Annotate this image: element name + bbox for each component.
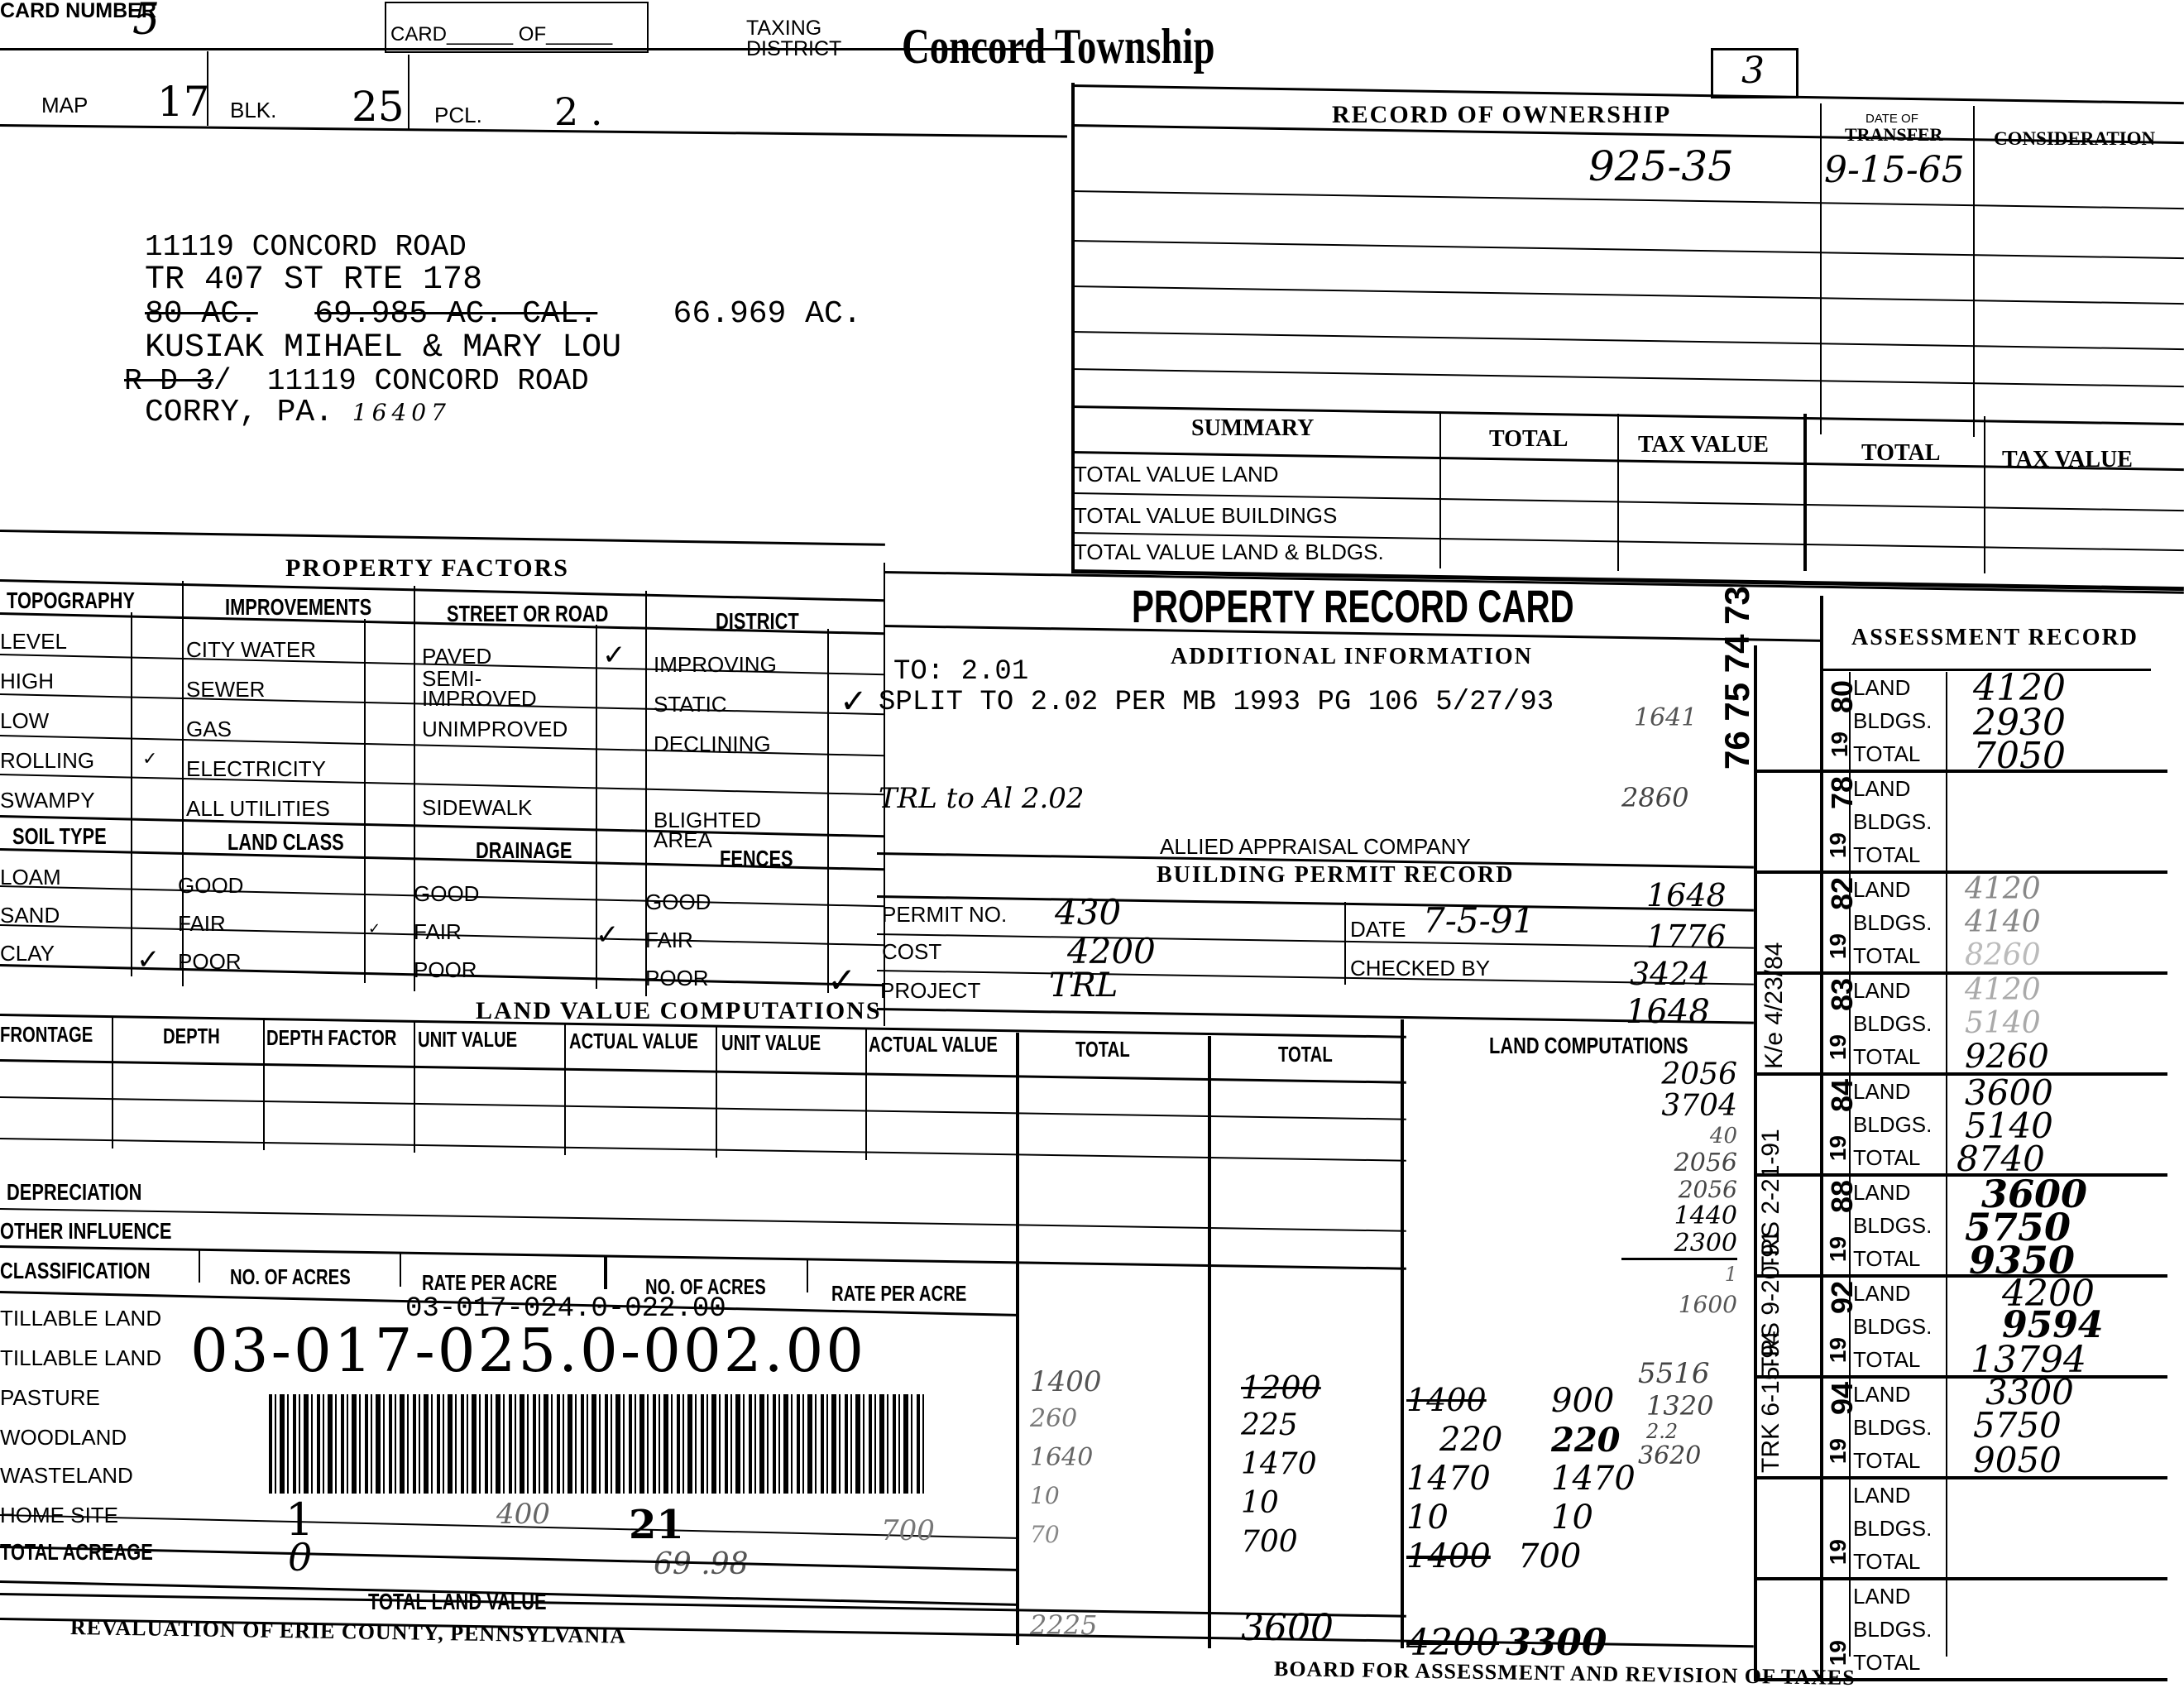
ownership-row-line: [1071, 285, 2184, 305]
cost-label: COST: [882, 939, 941, 965]
acreage-current: 66.969 AC.: [673, 296, 862, 332]
district-item-declining: DECLINING: [654, 731, 811, 810]
extra-c-value: 3620: [1621, 1441, 1721, 1470]
topography-list: LEVEL HIGH LOW ROLLING SWAMPY: [0, 629, 95, 827]
street-list: PAVED SEMI-IMPROVED UNIMPROVED SIDEWALK: [422, 644, 587, 835]
zip-handwritten: 16407: [352, 399, 451, 426]
assessment-block-9: 19 LAND BLDGS. TOTAL: [1754, 1479, 2167, 1580]
row-label-total: TOTAL: [1853, 1044, 1920, 1070]
city: CORRY, PA.: [145, 395, 333, 430]
soil-type-header: SOIL TYPE: [12, 823, 107, 850]
blk-value: 25: [352, 83, 405, 131]
classification-header: CLASSIFICATION: [0, 1258, 151, 1284]
assessment-side-note: TRK 6-15-94: [1757, 1382, 1785, 1473]
info-side-1: 1641: [1634, 703, 1697, 732]
land-value-title: LAND VALUE COMPUTATIONS: [476, 997, 882, 1025]
assessment-block-7: TRS 9-20-91 19 92 LAND BLDGS. TOTAL 4200…: [1754, 1278, 2167, 1379]
card-number-value: 5: [132, 0, 160, 45]
divider: [0, 1208, 1406, 1232]
col-total-1: TOTAL: [1075, 1037, 1130, 1062]
divider: [1344, 902, 1346, 985]
row-label-land: LAND: [1853, 978, 1910, 1004]
assessment-block-1: 76 75 74 73 19 80 LAND BLDGS. TOTAL 4120…: [1754, 672, 2167, 773]
extra-a-value: 1470: [1406, 1460, 1530, 1499]
divider: [131, 612, 132, 976]
divider: [400, 1254, 401, 1287]
extra-c-value: 5516: [1621, 1357, 1721, 1390]
land-comp-value: 3704: [1621, 1091, 1737, 1122]
row-label-bldgs: BLDGS.: [1853, 1011, 1932, 1037]
total-1-value: [1030, 1560, 1195, 1609]
property-record-card-title: PROPERTY RECORD CARD: [1132, 579, 1574, 633]
total-land-value-label: TOTAL LAND VALUE: [368, 1589, 547, 1615]
fences-list: GOOD FAIR POOR: [645, 890, 711, 1004]
extra-a-value: [1406, 1576, 1530, 1622]
class-item: PASTURE: [0, 1385, 196, 1425]
class-item: TILLABLE LAND: [0, 1345, 196, 1385]
class-item: WASTELAND: [0, 1463, 196, 1503]
depreciation-label: DEPRECIATION: [7, 1179, 141, 1206]
summary-title: SUMMARY: [1191, 415, 1314, 442]
mail-address-line: R D 3/ 11119 CONCORD ROAD: [124, 366, 862, 397]
row-label-land: LAND: [1853, 1180, 1910, 1206]
assessment-side-note: K/e 4/23/84: [1760, 978, 1789, 1069]
assessment-block-4: K/e 4/23/84 19 83 LAND BLDGS. TOTAL 4120…: [1754, 975, 2167, 1076]
topography-header: TOPOGRAPHY: [7, 587, 135, 614]
row-label-bldgs: BLDGS.: [1853, 809, 1932, 835]
total-column-1: 1400 260 1640 10 70 2225: [1030, 1365, 1195, 1641]
row-label-land: LAND: [1853, 1281, 1910, 1307]
row-label-land: LAND: [1853, 675, 1910, 701]
land-comp-value: 2056: [1621, 1059, 1737, 1091]
drainage-item-fair: FAIR: [414, 919, 479, 957]
assessment-year-prefix: 19: [1825, 1539, 1851, 1565]
appraisal-company: ALLIED APPRAISAL COMPANY: [1160, 834, 1471, 860]
col-total-2: TOTAL: [1278, 1042, 1333, 1067]
topography-item-low: LOW: [0, 708, 95, 748]
land-class-header: LAND CLASS: [227, 829, 344, 856]
land-computations-title: LAND COMPUTATIONS: [1489, 1033, 1688, 1059]
box-number-value: 3: [1741, 50, 1765, 92]
extra-column-c: 5516 1320 2.2 3620: [1621, 1357, 1721, 1470]
additional-info-title: ADDITIONAL INFORMATION: [1171, 644, 1533, 670]
total-1-value: 1400: [1030, 1365, 1195, 1404]
improvements-item-city-water: CITY WATER: [186, 637, 330, 677]
divider: [1803, 414, 1807, 571]
map-value: 17: [157, 78, 210, 126]
row-label-land: LAND: [1853, 1382, 1910, 1407]
project-label: PROJECT: [880, 978, 980, 1004]
soil-item-clay: CLAY: [0, 941, 61, 979]
assessment-year-prefix: 19: [1825, 832, 1851, 858]
class-item: TILLABLE LAND: [0, 1306, 196, 1345]
row-label-land: LAND: [1853, 1483, 1910, 1508]
footer-left: REVALUATION OF ERIE COUNTY, PENNSYLVANIA: [70, 1615, 626, 1649]
ownership-row-line: [1071, 240, 2184, 259]
no-acres-header: NO. OF ACRES: [230, 1264, 351, 1290]
divider: [564, 1023, 566, 1155]
row-label-bldgs: BLDGS.: [1853, 1617, 1932, 1642]
assessment-land: 4120: [1965, 872, 2041, 906]
taxing-district-label: TAXING DISTRICT: [746, 18, 854, 60]
ownership-row-line: [1071, 190, 2184, 209]
divider: [408, 55, 409, 129]
acreage-struck-1: 80 AC.: [145, 296, 258, 332]
summary-row-land: TOTAL VALUE LAND: [1074, 462, 1279, 487]
total-2-value: [1241, 1564, 1406, 1607]
summary-row-land-bldgs: TOTAL VALUE LAND & BLDGS.: [1074, 539, 1384, 565]
divider: [716, 1025, 717, 1158]
assessment-bldgs: 4140: [1965, 905, 2041, 939]
divider: [1849, 672, 1851, 1657]
card-of-label: CARD______ OF______: [390, 23, 612, 46]
divider: [0, 1096, 1406, 1120]
info-line-2: SPLIT TO 2.02 PER MB 1993 PG 106 5/27/93: [879, 688, 1554, 718]
row-label-total: TOTAL: [1853, 1448, 1920, 1474]
acreage-struck-2: 69.985 AC. CAL.: [314, 296, 597, 332]
land-comp-value: 1440: [1621, 1203, 1737, 1230]
topography-item-rolling: ROLLING: [0, 748, 95, 788]
col-unit-value: UNIT VALUE: [418, 1027, 517, 1053]
permit-margin-2: 1776: [1646, 918, 1727, 955]
divider: [199, 1249, 200, 1283]
card-number-label: CARD NUMBER: [0, 0, 103, 22]
divider: [364, 619, 366, 983]
assessment-side-note: 76 75 74 73: [1717, 672, 1757, 770]
assessment-year-prefix: 19: [1825, 1438, 1851, 1464]
divider: [1984, 416, 1985, 573]
permit-no-label: PERMIT NO.: [882, 902, 1007, 928]
divider: [877, 1008, 1754, 1024]
row-label-bldgs: BLDGS.: [1853, 708, 1932, 734]
rate-per-acre-header: RATE PER ACRE: [422, 1270, 557, 1296]
divider: [1973, 106, 1975, 437]
divider: [0, 530, 885, 546]
col-actual-value: ACTUAL VALUE: [569, 1029, 698, 1054]
divider: [1071, 83, 1075, 571]
total-1-value: 1640: [1030, 1443, 1195, 1482]
assessment-year-prefix: 19: [1825, 1135, 1851, 1161]
land-comp-value: 40: [1621, 1122, 1737, 1150]
land-comp-value: 2056: [1621, 1177, 1737, 1203]
divider: [0, 1059, 1406, 1084]
row-label-land: LAND: [1853, 1584, 1910, 1609]
land-comp-value: 1: [1621, 1260, 1737, 1288]
total-1-value: 260: [1030, 1404, 1195, 1443]
mail-prefix-struck: R D 3: [124, 364, 213, 398]
summary-col-tax-value: TAX VALUE: [1638, 432, 1769, 458]
row-label-bldgs: BLDGS.: [1853, 910, 1932, 936]
row-label-bldgs: BLDGS.: [1853, 1314, 1932, 1340]
total-2-value: 1200: [1241, 1369, 1406, 1408]
total-2-value: 1470: [1241, 1447, 1406, 1486]
extra-b-value: [1551, 1576, 1650, 1622]
divider: [1617, 414, 1619, 571]
topography-item-level: LEVEL: [0, 629, 95, 669]
extra-a-value: 1400: [1406, 1382, 1530, 1421]
acreage-line: 80 AC. 69.985 AC. CAL. 66.969 AC.: [145, 298, 862, 331]
extra-c-value: 2.2: [1621, 1420, 1721, 1441]
soil-checkbox-clay[interactable]: ✓: [136, 943, 160, 976]
divider: [877, 895, 1754, 912]
col-actual-value-2: ACTUAL VALUE: [869, 1032, 998, 1057]
row-label-total: TOTAL: [1853, 1549, 1920, 1575]
permit-margin-1: 1648: [1646, 877, 1727, 914]
extra-b-value: 700: [1518, 1537, 1650, 1576]
total-2-value: 700: [1241, 1525, 1406, 1564]
ownership-row-line: [1071, 368, 2184, 387]
divider: [865, 1028, 867, 1160]
assessment-year-prefix: 19: [1825, 933, 1851, 959]
total-1-value: 10: [1030, 1482, 1195, 1521]
assessment-block-2: 19 78 LAND BLDGS. TOTAL: [1754, 773, 2167, 874]
pcl-label: PCL.: [434, 103, 482, 128]
permit-no-value[interactable]: 430: [1055, 892, 1121, 933]
improvements-item-gas: GAS: [186, 717, 330, 756]
classification-list: TILLABLE LAND TILLABLE LAND PASTURE WOOD…: [0, 1306, 196, 1575]
assessment-land: 4120: [1965, 973, 2041, 1007]
transfer-header: TRANSFER: [1845, 124, 1943, 146]
divider: [1208, 1036, 1211, 1648]
rate-per-acre-header-2: RATE PER ACRE: [831, 1281, 966, 1307]
total-2-value: 225: [1241, 1408, 1406, 1447]
divider: [1016, 1033, 1019, 1645]
assessment-year-prefix: 19: [1825, 1236, 1851, 1262]
row-label-total: TOTAL: [1853, 1246, 1920, 1272]
row-label-total: TOTAL: [1853, 943, 1920, 969]
divider: [0, 1245, 1406, 1270]
row-label-land: LAND: [1853, 1079, 1910, 1105]
home-site-rate: 400: [496, 1498, 550, 1531]
divider: [263, 1018, 265, 1150]
drainage-item-good: GOOD: [414, 881, 479, 919]
permit-margin-4: 1648: [1626, 993, 1710, 1031]
row-label-total: TOTAL: [1853, 741, 1920, 767]
fences-checkbox-poor[interactable]: ✓: [827, 960, 856, 1000]
permit-margin-3: 3424: [1630, 956, 1710, 992]
cost-value[interactable]: 4200: [1067, 931, 1156, 971]
assessment-total: 9050: [1973, 1440, 2062, 1480]
barcode: [269, 1394, 927, 1494]
divider: [0, 1138, 1406, 1162]
col-frontage: FRONTAGE: [0, 1022, 93, 1048]
address-line-2: TR 407 ST RTE 178: [145, 263, 862, 298]
improvements-item-sewer: SEWER: [186, 677, 330, 717]
assessment-block-3: 19 82 LAND BLDGS. TOTAL 4120 4140 8260: [1754, 874, 2167, 975]
extra-a-value: 1400: [1406, 1537, 1530, 1576]
ownership-deed: 925-35: [1588, 142, 1734, 190]
drainage-list: GOOD FAIR POOR: [414, 881, 479, 995]
date-label: DATE: [1350, 917, 1406, 942]
row-label-total: TOTAL: [1853, 1347, 1920, 1373]
topography-item-swampy: SWAMPY: [0, 788, 95, 827]
ownership-title: RECORD OF OWNERSHIP: [1332, 101, 1671, 129]
col-depth: DEPTH: [163, 1024, 220, 1049]
street-item-unimproved: UNIMPROVED: [422, 710, 587, 795]
row-label-bldgs: BLDGS.: [1853, 1415, 1932, 1441]
land-comp-value: 2056: [1621, 1150, 1737, 1177]
total-column-2: 1200 225 1470 10 700 3600: [1241, 1369, 1406, 1649]
assessment-total: 8260: [1965, 938, 2041, 972]
pcl-value: 2 .: [554, 89, 603, 134]
assessment-year-prefix: 19: [1825, 1034, 1851, 1060]
assessment-total: 7050: [1973, 735, 2066, 777]
soil-item-sand: SAND: [0, 903, 61, 941]
col2-rate: 700: [881, 1514, 935, 1547]
divider: [1439, 411, 1441, 568]
fences-item-good: GOOD: [645, 890, 711, 928]
summary-col-total: TOTAL: [1489, 426, 1568, 453]
ownership-date: 9-15-65: [1824, 149, 1965, 191]
assessment-year-prefix: 19: [1825, 1640, 1851, 1666]
parcel-id-handwritten: 03-017-025.0-002.00: [190, 1316, 866, 1385]
property-factors-title: PROPERTY FACTORS: [285, 554, 569, 583]
col-depth-factor: DEPTH FACTOR: [266, 1025, 396, 1051]
card-label: CARD: [390, 23, 447, 46]
divider: [827, 629, 829, 993]
improvements-item-electricity: ELECTRICITY: [186, 756, 330, 796]
row-label-bldgs: BLDGS.: [1853, 1516, 1932, 1542]
divider: [112, 1016, 113, 1149]
district-checkbox-static[interactable]: ✓: [840, 683, 868, 721]
improvements-list: CITY WATER SEWER GAS ELECTRICITY ALL UTI…: [186, 637, 330, 836]
class-item: WOODLAND: [0, 1425, 196, 1463]
drainage-checkbox-fair[interactable]: ✓: [596, 918, 620, 952]
divider: [604, 1256, 607, 1289]
info-line-1: TO: 2.01: [893, 658, 1028, 688]
summary-row-buildings: TOTAL VALUE BUILDINGS: [1074, 503, 1337, 529]
info-handwritten: TRL to Al 2.02: [879, 782, 1085, 815]
improvements-header: IMPROVEMENTS: [225, 594, 371, 621]
assessment-bldgs: 5140: [1965, 1006, 2041, 1040]
of-label: OF: [519, 23, 546, 46]
ownership-row-line: [1071, 331, 2184, 350]
topography-checkbox-rolling[interactable]: ✓: [142, 749, 157, 770]
owner-name: KUSIAK MIHAEL & MARY LOU: [145, 331, 862, 366]
land-comp-value: 1600: [1621, 1288, 1737, 1321]
divider: [414, 1020, 415, 1153]
blk-label: BLK.: [230, 98, 276, 123]
assessment-table: 76 75 74 73 19 80 LAND BLDGS. TOTAL 4120…: [1754, 672, 2167, 1681]
divider: [877, 970, 1754, 985]
extra-c-value: 1320: [1621, 1390, 1721, 1420]
land-computations-list: 2056 3704 40 2056 2056 1440 2300 1 1600: [1621, 1059, 1737, 1321]
other-influence-label: OTHER INFLUENCE: [0, 1218, 171, 1244]
divider: [1946, 672, 1947, 1657]
summary-col-total-2: TOTAL: [1861, 440, 1940, 467]
assessment-block-8: TRK 6-15-94 19 94 LAND BLDGS. TOTAL 3300…: [1754, 1379, 2167, 1479]
info-side-2: 2860: [1621, 782, 1688, 813]
taxing-district-value: Concord Township: [902, 18, 1214, 75]
divider: [807, 1259, 808, 1292]
address-block: 11119 CONCORD ROAD TR 407 ST RTE 178 80 …: [145, 232, 862, 429]
row-label-total: TOTAL: [1853, 1650, 1920, 1676]
assessment-block-5: 19 84 LAND BLDGS. TOTAL 3600 5140 8740: [1754, 1076, 2167, 1177]
fences-item-fair: FAIR: [645, 928, 711, 966]
city-line: CORRY, PA. 16407: [145, 396, 862, 429]
row-label-total: TOTAL: [1853, 1145, 1920, 1171]
divider: [877, 933, 1754, 949]
row-label-land: LAND: [1853, 877, 1910, 903]
assessment-title: ASSESSMENT RECORD: [1851, 625, 2138, 651]
map-label: MAP: [41, 93, 88, 118]
total-1-value: 70: [1030, 1521, 1195, 1560]
soil-type-list: LOAM SAND CLAY: [0, 865, 61, 979]
extra-a-value: 10: [1406, 1499, 1530, 1537]
extra-a-value: 220: [1406, 1421, 1530, 1460]
total-2-value: 10: [1241, 1486, 1406, 1525]
extra-b-value: 10: [1551, 1499, 1650, 1537]
assessment-year-prefix: 19: [1825, 1337, 1851, 1363]
land-comp-value: 2300: [1621, 1230, 1737, 1260]
col-unit-value-2: UNIT VALUE: [721, 1030, 821, 1056]
building-permit-title: BUILDING PERMIT RECORD: [1157, 862, 1514, 889]
land-class-checkbox-fair[interactable]: ✓: [368, 920, 381, 938]
address-line-1: 11119 CONCORD ROAD: [145, 232, 862, 263]
row-label-bldgs: BLDGS.: [1853, 1112, 1932, 1138]
total-acreage-acres: 0: [288, 1535, 312, 1580]
class-item: HOME SITE: [0, 1503, 196, 1539]
row-label-total: TOTAL: [1853, 842, 1920, 868]
divider: [0, 124, 1067, 138]
assessment-block-6: TRS 2-21-91 19 88 LAND BLDGS. TOTAL 3600…: [1754, 1177, 2167, 1278]
class-item-total: TOTAL ACREAGE: [0, 1539, 153, 1575]
topography-item-high: HIGH: [0, 669, 95, 708]
divider: [1820, 103, 1822, 434]
row-label-bldgs: BLDGS.: [1853, 1213, 1932, 1239]
soil-item-loam: LOAM: [0, 865, 61, 903]
project-value[interactable]: TRL: [1049, 966, 1118, 1005]
row-label-land: LAND: [1853, 776, 1910, 802]
assessment-total: 9260: [1965, 1038, 2049, 1076]
col2-acres: 21: [629, 1502, 684, 1548]
mail-address: 11119 CONCORD ROAD: [267, 364, 589, 398]
date-value[interactable]: 7-5-91: [1423, 900, 1535, 941]
